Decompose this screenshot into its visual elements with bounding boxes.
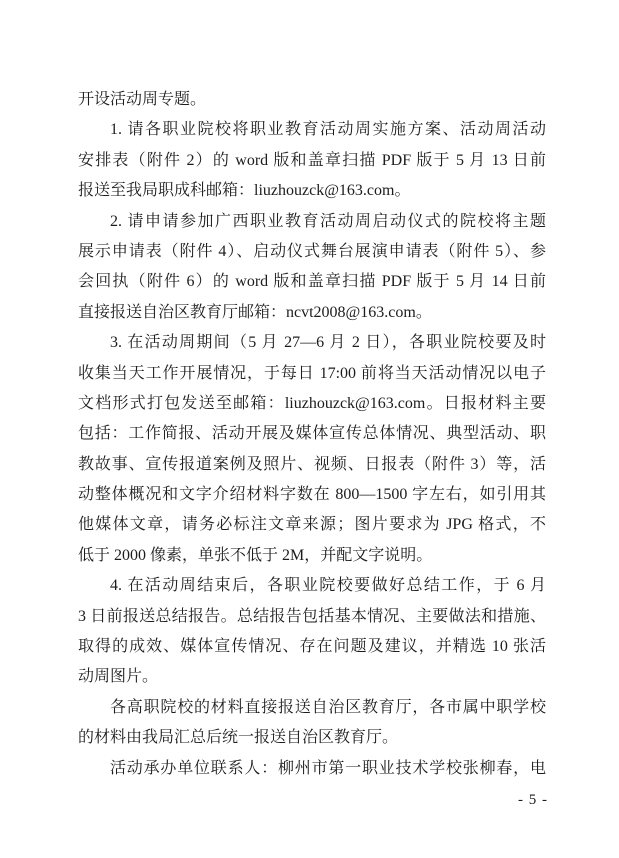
text-line: 1. 请各职业院校将职业教育活动周实施方案、活动周活动	[78, 115, 546, 145]
text-line: 直接报送自治区教育厅邮箱：ncvt2008@163.com。	[78, 298, 546, 328]
text-line: 会回执（附件 6）的 word 版和盖章扫描 PDF 版于 5 月 14 日前	[78, 267, 546, 297]
text-line: 他媒体文章，请务必标注文章来源；图片要求为 JPG 格式，不	[78, 510, 546, 540]
text-line: 收集当天工作开展情况，于每日 17:00 前将当天活动情况以电子	[78, 359, 546, 389]
text-line: 取得的成效、媒体宣传情况、存在问题及建议，并精选 10 张活	[78, 632, 546, 662]
text-line: 报送至我局职成科邮箱：liuzhouzck@163.com。	[78, 176, 546, 206]
text-line: 3. 在活动周期间（5 月 27—6 月 2 日），各职业院校要及时	[78, 328, 546, 358]
text-line: 包括：工作简报、活动开展及媒体宣传总体情况、典型活动、职	[78, 419, 546, 449]
text-line: 文档形式打包发送至邮箱：liuzhouzck@163.com。日报材料主要	[78, 389, 546, 419]
text-line: 各高职院校的材料直接报送自治区教育厅，各市属中职学校	[78, 693, 546, 723]
page-number: - 5 -	[518, 790, 548, 810]
text-line: 教故事、宣传报道案例及照片、视频、日报表（附件 3）等，活	[78, 450, 546, 480]
text-line: 2. 请申请参加广西职业教育活动周启动仪式的院校将主题	[78, 207, 546, 237]
text-line: 开设活动周专题。	[78, 85, 546, 115]
text-line: 动整体概况和文字介绍材料字数在 800—1500 字左右，如引用其	[78, 480, 546, 510]
text-line: 低于 2000 像素，单张不低于 2M，并配文字说明。	[78, 541, 546, 571]
text-line: 3 日前报送总结报告。总结报告包括基本情况、主要做法和措施、	[78, 602, 546, 632]
text-line: 动周图片。	[78, 662, 546, 692]
text-line: 的材料由我局汇总后统一报送自治区教育厅。	[78, 723, 546, 753]
text-line: 展示申请表（附件 4）、启动仪式舞台展演申请表（附件 5）、参	[78, 237, 546, 267]
document-body: 开设活动周专题。1. 请各职业院校将职业教育活动周实施方案、活动周活动安排表（附…	[78, 85, 546, 784]
text-line: 4. 在活动周结束后，各职业院校要做好总结工作，于 6 月	[78, 571, 546, 601]
text-line: 活动承办单位联系人：柳州市第一职业技术学校张柳春，电	[78, 754, 546, 784]
document-page: 开设活动周专题。1. 请各职业院校将职业教育活动周实施方案、活动周活动安排表（附…	[0, 0, 619, 858]
text-line: 安排表（附件 2）的 word 版和盖章扫描 PDF 版于 5 月 13 日前	[78, 146, 546, 176]
